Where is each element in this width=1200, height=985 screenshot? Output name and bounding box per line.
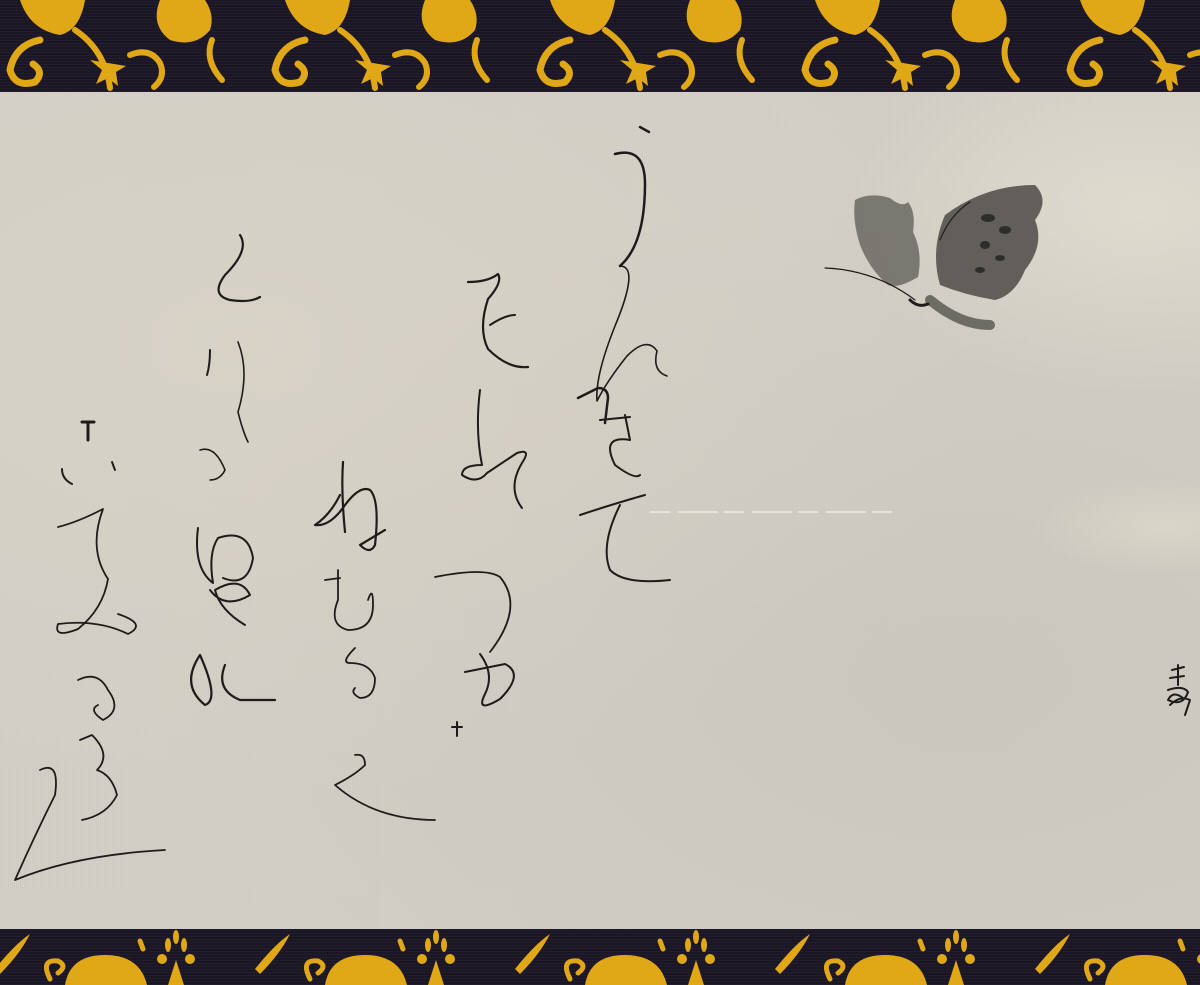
artist-signature [1168, 665, 1190, 715]
calligraphy-column-1 [578, 127, 670, 581]
calligraphy-column-3 [315, 462, 435, 820]
calligraphy-column-5 [15, 422, 165, 880]
butterfly-icon [825, 185, 1043, 325]
calligraphy-column-2 [435, 274, 528, 736]
gold-floral-pattern-icon [0, 929, 1200, 985]
scroll-paper: うれきて をみつあ ねむるこ こりうゆめ いふあらん 画 butterfly i… [0, 92, 1200, 929]
painting-canvas [0, 92, 1200, 929]
bottom-brocade-border [0, 929, 1200, 985]
calligraphy-column-4 [191, 235, 275, 705]
top-brocade-border [0, 0, 1200, 92]
gold-scroll-pattern-icon [0, 0, 1200, 92]
